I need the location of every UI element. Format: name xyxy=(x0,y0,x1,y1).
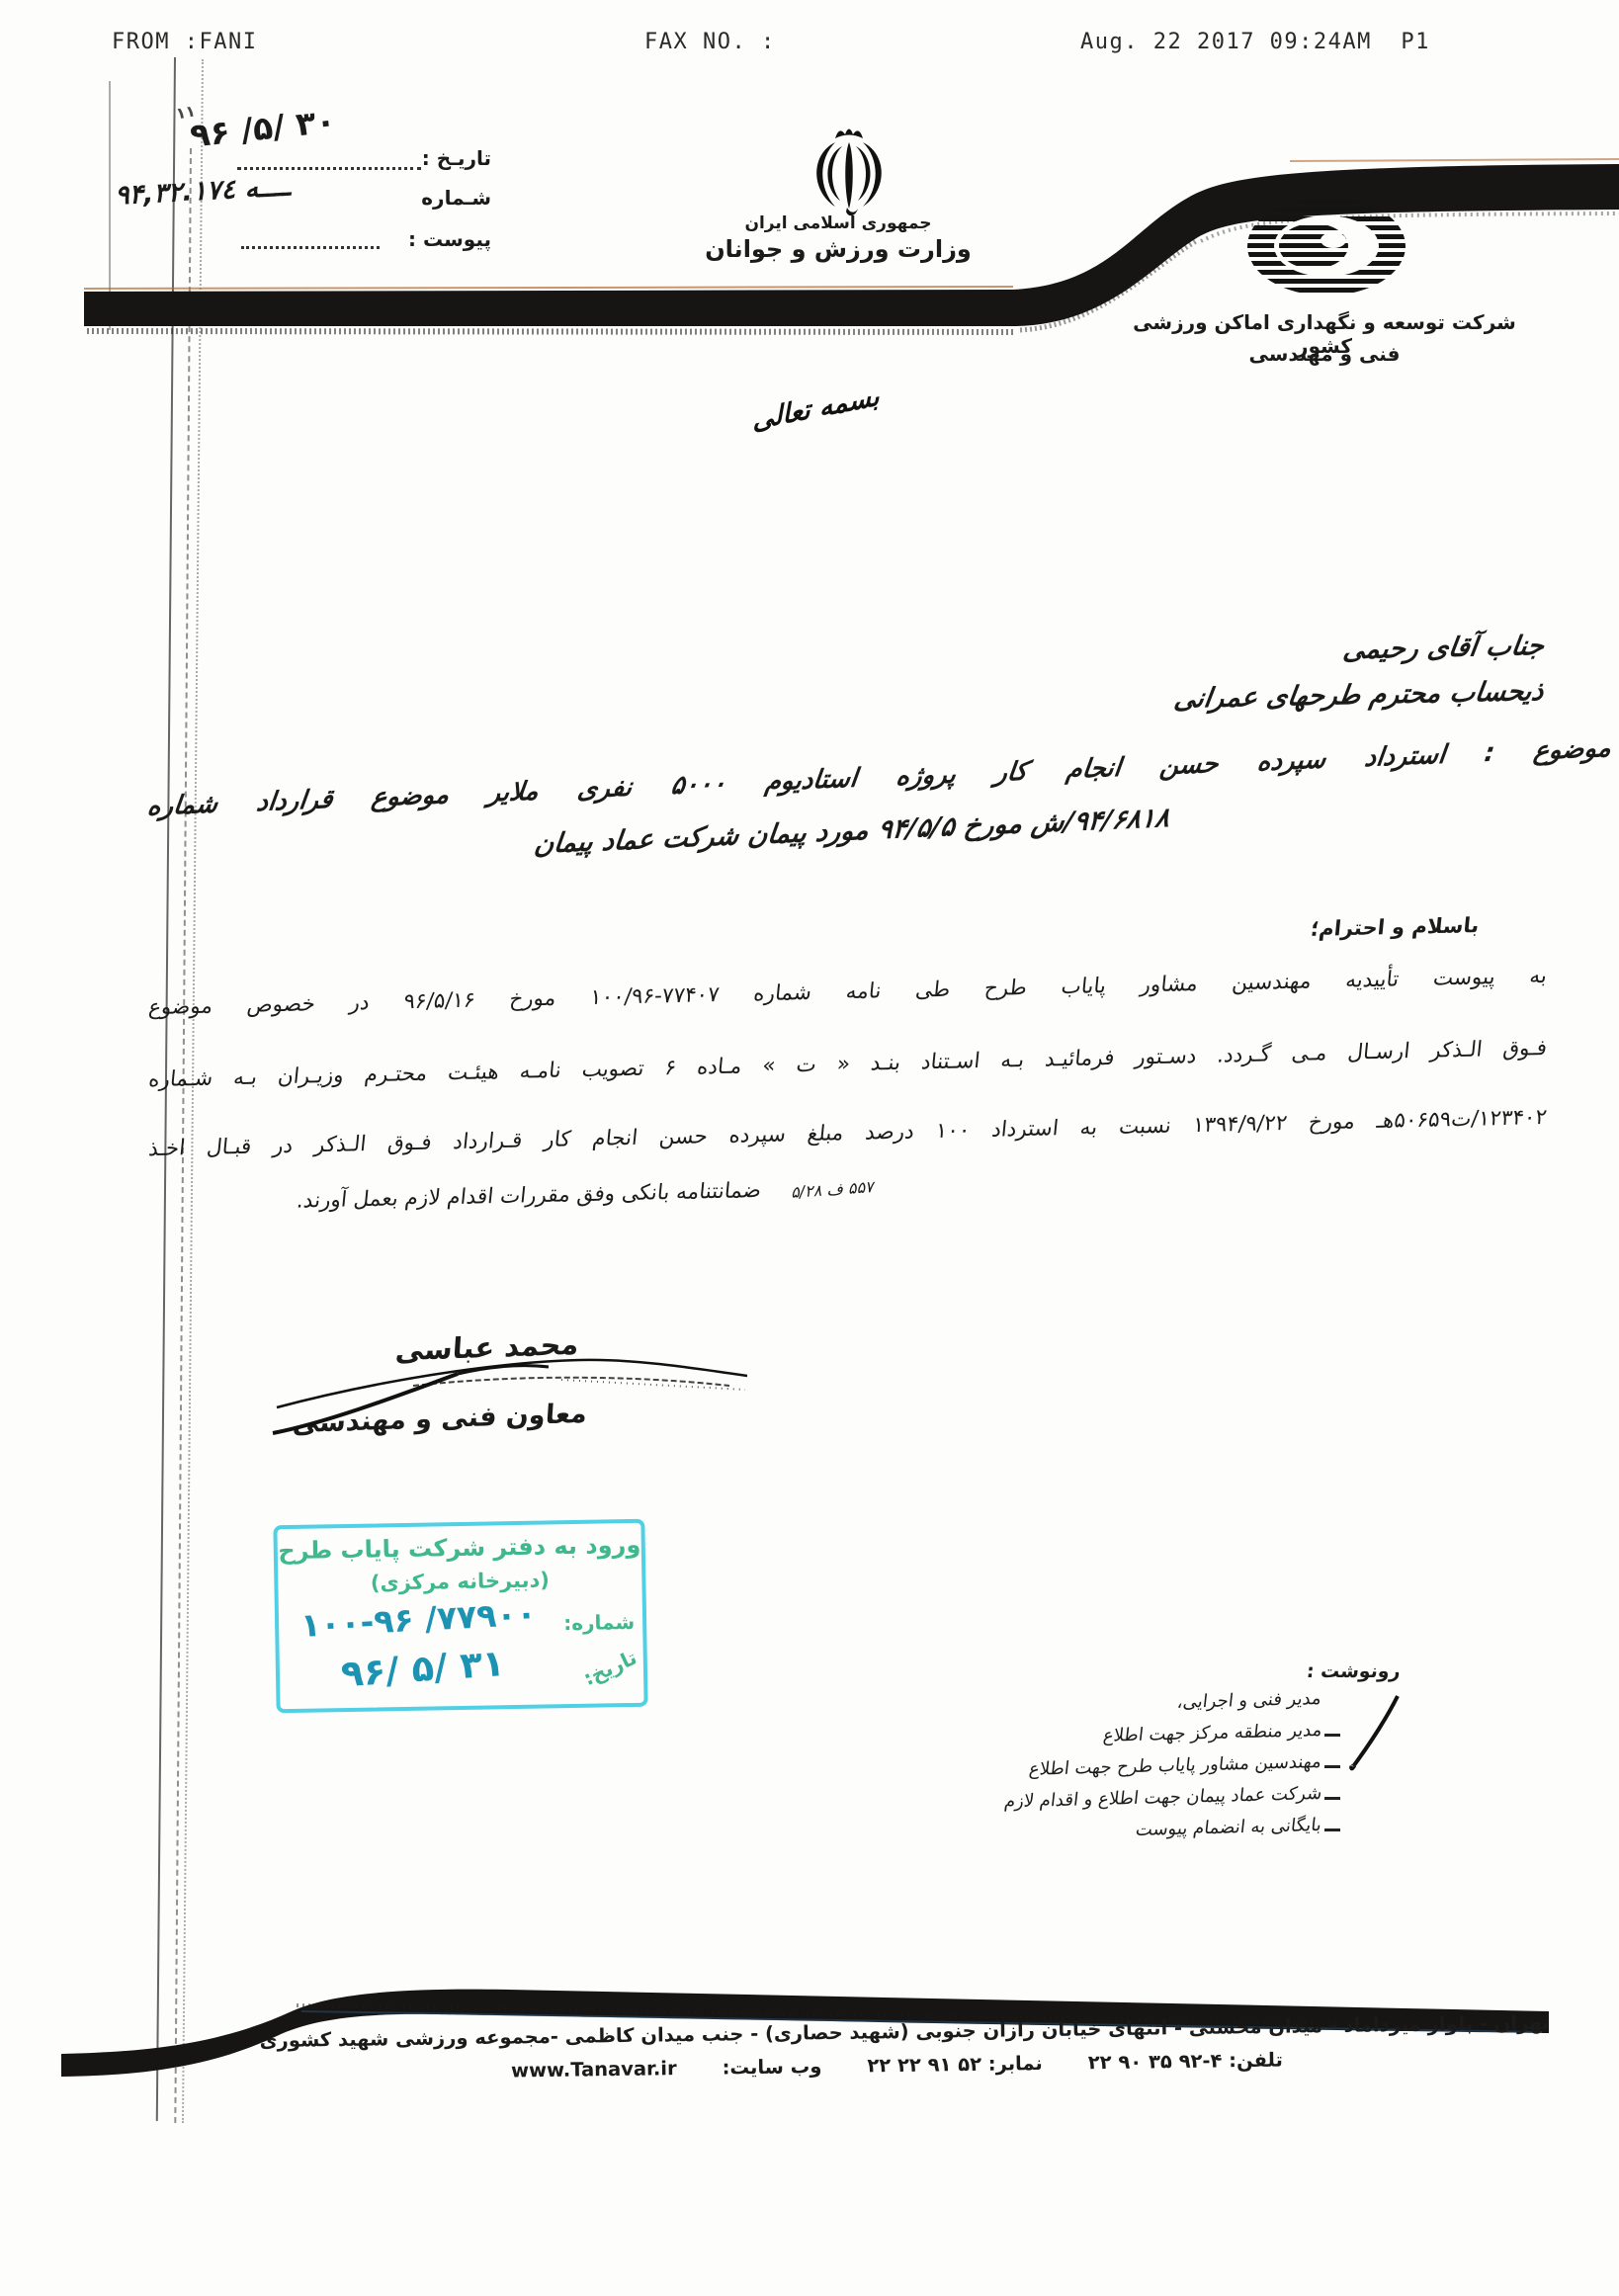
footer-web-url: www.Tanavar.ir xyxy=(511,2057,677,2082)
letterhead-country: جمهوری اسلامی ایران xyxy=(680,213,996,233)
subject-line2: ۹۴/۶۸۱۸/ش مورخ ۹۴/۵/۵ مورد پیمان شرکت عم… xyxy=(533,803,1171,860)
body-line1: به پیوست تأییدیه مهندسین مشاور پایاب طرح… xyxy=(147,964,1548,1020)
cc-dash xyxy=(1324,1765,1340,1768)
recipient-title: ذیحساب محترم طرحهای عمرانی xyxy=(1172,676,1546,715)
salutation: باسلام و احترام؛ xyxy=(1309,913,1480,941)
entry-stamp: ورود به دفتر شرکت پایاب طرح (دبیرخانه مر… xyxy=(273,1519,647,1714)
fax-document-page: FROM :FANI FAX NO. : Aug. 22 2017 09:24A… xyxy=(0,0,1619,2296)
signature-scrawl xyxy=(265,1346,759,1445)
ref-date-noise-mark: ۱۱ xyxy=(174,101,197,123)
cc-check-scrawl xyxy=(1346,1692,1406,1771)
recipient-name: جناب آقای رحیمی xyxy=(1341,631,1546,665)
footer-fax: نمابر: ۵۲ ۹۱ ۲۲ ۲۲ xyxy=(867,2052,1043,2077)
cc-item: بایگانی به انضمام پیوست xyxy=(1135,1815,1322,1840)
company-name-line2: فنی و مهندسی xyxy=(1117,342,1532,366)
body-line2: فـوق الـذکر ارسـال مـی گـردد. دسـتور فرم… xyxy=(147,1036,1548,1092)
stamp-date-handwritten: ۹۶/ ۵/ ۳۱ xyxy=(340,1642,506,1695)
footer-web-label: وب سایت: xyxy=(723,2055,822,2079)
fax-header-datetime: Aug. 22 2017 09:24AM P1 xyxy=(1080,30,1430,54)
subject-line1: موضوع : استرداد سپرده حسن انجام کار پروژ… xyxy=(145,733,1612,822)
cc-item: شرکت عماد پیمان جهت اطلاع و اقدام لازم xyxy=(1002,1783,1322,1812)
stamp-title: ورود به دفتر شرکت پایاب طرح xyxy=(278,1531,641,1565)
stamp-subtitle: (دبیرخانه مرکزی) xyxy=(278,1567,641,1596)
letterhead-ministry: وزارت ورزش و جوانان xyxy=(680,235,996,263)
cc-item: مدیر فنی و اجرایی، xyxy=(1176,1688,1322,1713)
cc-item: مدیر منطقه مرکز جهت اطلاع xyxy=(1101,1720,1322,1746)
cc-dash xyxy=(1324,1828,1340,1831)
stamp-date-label: تاریخ: xyxy=(579,1646,639,1691)
stamp-number-label: شماره: xyxy=(563,1610,635,1635)
letterhead-center: جمهوری اسلامی ایران وزارت ورزش و جوانان xyxy=(680,213,996,263)
cc-dash xyxy=(1324,1797,1340,1800)
footer-phone: تلفن: ۴-۹۲ ۳۵ ۹۰ ۲۲ xyxy=(1088,2049,1283,2075)
besmele-handwriting: بسمه تعالی xyxy=(751,381,880,436)
body-line4: ضمانتنامه بانکی وفق مقررات اقدام لازم بع… xyxy=(296,1178,762,1214)
iran-emblem-icon xyxy=(797,123,901,221)
margin-note-handwritten: ۵۵۷ ف ۵/۲۸ xyxy=(790,1177,874,1202)
fax-header-from: FROM :FANI xyxy=(112,30,257,54)
body-line3: ۱۲۳۴۰۲/ت۵۰۶۵۹هـ مورخ ۱۳۹۴/۹/۲۲ نسبت به ا… xyxy=(147,1105,1548,1161)
company-logo-icon xyxy=(1237,190,1415,308)
cc-heading: رونوشت : xyxy=(1306,1660,1402,1682)
cc-item: مهندسین مشاور پایاب طرح جهت اطلاع xyxy=(1028,1751,1322,1780)
fax-header-number: FAX NO. : xyxy=(644,30,776,54)
cc-dash xyxy=(1324,1734,1340,1737)
stamp-number-handwritten: ۱۰۰-۹۶ /۷۷۹۰۰ xyxy=(299,1594,537,1645)
